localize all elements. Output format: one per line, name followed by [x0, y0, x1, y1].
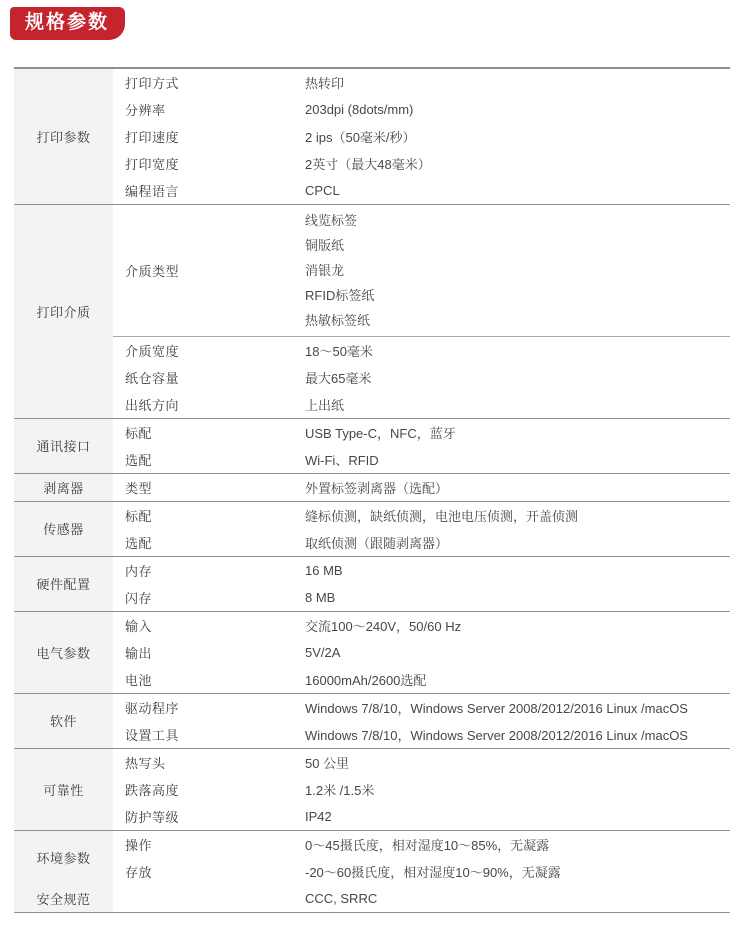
param-label: 介质宽度: [113, 341, 305, 360]
spec-section: 硬件配置内存16 MB闪存8 MB: [14, 556, 730, 611]
param-value-line: 线览标签: [305, 208, 730, 233]
param-label: 介质类型: [113, 261, 305, 280]
spec-section: 打印参数打印方式热转印分辨率203dpi (8dots/mm)打印速度2 ips…: [14, 68, 730, 204]
param-label: 驱动程序: [113, 698, 305, 717]
category-label: 通讯接口: [14, 419, 113, 473]
param-value: 交流100～240V，50/60 Hz: [305, 616, 730, 635]
spec-row: 标配缝标侦测，缺纸侦测，电池电压侦测，开盖侦测: [113, 502, 730, 529]
spec-row: 防护等级IP42: [113, 803, 730, 830]
param-value: 外置标签剥离器（选配）: [305, 478, 730, 497]
category-label: 软件: [14, 694, 113, 748]
spec-row: 电池16000mAh/2600选配: [113, 666, 730, 693]
spec-row: 类型外置标签剥离器（选配）: [113, 474, 730, 501]
param-label: 打印速度: [113, 127, 305, 146]
param-label: 纸仓容量: [113, 368, 305, 387]
param-value-line: 铜版纸: [305, 233, 730, 258]
param-value: 取纸侦测（跟随剥离器）: [305, 533, 730, 552]
param-value: 热转印: [305, 73, 730, 92]
category-label: 传感器: [14, 502, 113, 556]
param-label: 打印宽度: [113, 154, 305, 173]
spec-section: 电气参数输入交流100～240V，50/60 Hz输出5V/2A电池16000m…: [14, 611, 730, 693]
param-value: 缝标侦测，缺纸侦测，电池电压侦测，开盖侦测: [305, 506, 730, 525]
section-rows: 输入交流100～240V，50/60 Hz输出5V/2A电池16000mAh/2…: [113, 612, 730, 693]
section-rows: 内存16 MB闪存8 MB: [113, 557, 730, 611]
param-label: 操作: [113, 835, 305, 854]
spec-row: 打印宽度2英寸（最大48毫米）: [113, 150, 730, 177]
param-value: 5V/2A: [305, 645, 730, 660]
param-value-line: RFID标签纸: [305, 283, 730, 308]
param-value: 50 公里: [305, 753, 730, 772]
spec-table: 打印参数打印方式热转印分辨率203dpi (8dots/mm)打印速度2 ips…: [14, 67, 730, 913]
param-value: 线览标签铜版纸消银龙RFID标签纸热敏标签纸: [305, 205, 730, 336]
spec-row: 出纸方向上出纸: [113, 391, 730, 418]
param-value: Windows 7/8/10，Windows Server 2008/2012/…: [305, 725, 730, 744]
param-value: -20～60摄氏度，相对湿度10～90%，无凝露: [305, 862, 730, 881]
section-rows: 介质类型线览标签铜版纸消银龙RFID标签纸热敏标签纸介质宽度18～50毫米纸仓容…: [113, 205, 730, 418]
param-label: 打印方式: [113, 73, 305, 92]
param-value: 16 MB: [305, 563, 730, 578]
category-label: 安全规范: [14, 885, 113, 912]
spec-row: 选配Wi-Fi、RFID: [113, 446, 730, 473]
spec-row: 分辨率203dpi (8dots/mm): [113, 96, 730, 123]
param-label: 跌落高度: [113, 780, 305, 799]
param-label: 存放: [113, 862, 305, 881]
spec-section: 可靠性热写头50 公里跌落高度1.2米 /1.5米防护等级IP42: [14, 748, 730, 830]
param-value: 1.2米 /1.5米: [305, 780, 730, 799]
spec-row: 闪存8 MB: [113, 584, 730, 611]
spec-row: 设置工具Windows 7/8/10，Windows Server 2008/2…: [113, 721, 730, 748]
spec-row: 编程语言CPCL: [113, 177, 730, 204]
section-rows: 热写头50 公里跌落高度1.2米 /1.5米防护等级IP42: [113, 749, 730, 830]
param-label: 热写头: [113, 753, 305, 772]
param-value: 2 ips（50毫米/秒）: [305, 127, 730, 146]
category-label: 可靠性: [14, 749, 113, 830]
section-rows: CCC, SRRC: [113, 885, 730, 912]
section-rows: 类型外置标签剥离器（选配）: [113, 474, 730, 501]
spec-row: 存放-20～60摄氏度，相对湿度10～90%，无凝露: [113, 858, 730, 885]
param-label: 防护等级: [113, 807, 305, 826]
param-label: 电池: [113, 670, 305, 689]
param-label: 类型: [113, 478, 305, 497]
param-value: Wi-Fi、RFID: [305, 450, 730, 469]
param-label: 出纸方向: [113, 395, 305, 414]
spec-row: 操作0～45摄氏度，相对湿度10～85%，无凝露: [113, 831, 730, 858]
param-label: 标配: [113, 506, 305, 525]
param-value: 上出纸: [305, 395, 730, 414]
category-label: 剥离器: [14, 474, 113, 501]
spec-row: 输入交流100～240V，50/60 Hz: [113, 612, 730, 639]
spec-section: 通讯接口标配USB Type-C，NFC，蓝牙选配Wi-Fi、RFID: [14, 418, 730, 473]
spec-section: 剥离器类型外置标签剥离器（选配）: [14, 473, 730, 501]
param-label: 选配: [113, 533, 305, 552]
spec-row: 纸仓容量最大65毫米: [113, 364, 730, 391]
section-rows: 打印方式热转印分辨率203dpi (8dots/mm)打印速度2 ips（50毫…: [113, 69, 730, 204]
spec-section: 传感器标配缝标侦测，缺纸侦测，电池电压侦测，开盖侦测选配取纸侦测（跟随剥离器）: [14, 501, 730, 556]
spec-row: 跌落高度1.2米 /1.5米: [113, 776, 730, 803]
spec-row: 选配取纸侦测（跟随剥离器）: [113, 529, 730, 556]
param-value: 0～45摄氏度，相对湿度10～85%，无凝露: [305, 835, 730, 854]
param-label: 闪存: [113, 588, 305, 607]
param-label: 内存: [113, 561, 305, 580]
spec-section: 环境参数操作0～45摄氏度，相对湿度10～85%，无凝露存放-20～60摄氏度，…: [14, 830, 730, 885]
spec-row: 内存16 MB: [113, 557, 730, 584]
spec-row: 输出5V/2A: [113, 639, 730, 666]
spec-section: 安全规范CCC, SRRC: [14, 885, 730, 912]
spec-row: 介质宽度18～50毫米: [113, 337, 730, 364]
param-value: 最大65毫米: [305, 368, 730, 387]
section-rows: 操作0～45摄氏度，相对湿度10～85%，无凝露存放-20～60摄氏度，相对湿度…: [113, 831, 730, 885]
category-label: 硬件配置: [14, 557, 113, 611]
param-value: IP42: [305, 809, 730, 824]
section-rows: 驱动程序Windows 7/8/10，Windows Server 2008/2…: [113, 694, 730, 748]
param-value: 203dpi (8dots/mm): [305, 102, 730, 117]
param-value: 16000mAh/2600选配: [305, 670, 730, 689]
spec-row: 介质类型线览标签铜版纸消银龙RFID标签纸热敏标签纸: [113, 205, 730, 337]
category-label: 环境参数: [14, 831, 113, 885]
param-value: CCC, SRRC: [305, 891, 730, 906]
spec-page: 规格参数 打印参数打印方式热转印分辨率203dpi (8dots/mm)打印速度…: [0, 0, 744, 940]
spec-section: 打印介质介质类型线览标签铜版纸消银龙RFID标签纸热敏标签纸介质宽度18～50毫…: [14, 204, 730, 418]
param-label: 标配: [113, 423, 305, 442]
param-value: Windows 7/8/10，Windows Server 2008/2012/…: [305, 698, 730, 717]
param-value-line: 消银龙: [305, 258, 730, 283]
category-label: 打印介质: [14, 205, 113, 418]
param-value: USB Type-C，NFC，蓝牙: [305, 423, 730, 442]
page-title-badge: 规格参数: [10, 7, 125, 40]
param-value: 2英寸（最大48毫米）: [305, 154, 730, 173]
spec-section: 软件驱动程序Windows 7/8/10，Windows Server 2008…: [14, 693, 730, 748]
spec-row: 驱动程序Windows 7/8/10，Windows Server 2008/2…: [113, 694, 730, 721]
spec-row: 打印速度2 ips（50毫米/秒）: [113, 123, 730, 150]
spec-row: 热写头50 公里: [113, 749, 730, 776]
spec-row: CCC, SRRC: [113, 885, 730, 912]
param-value-line: 热敏标签纸: [305, 308, 730, 333]
section-rows: 标配USB Type-C，NFC，蓝牙选配Wi-Fi、RFID: [113, 419, 730, 473]
param-label: 选配: [113, 450, 305, 469]
param-label: 输入: [113, 616, 305, 635]
param-label: 输出: [113, 643, 305, 662]
param-label: 设置工具: [113, 725, 305, 744]
param-value: CPCL: [305, 183, 730, 198]
param-value: 18～50毫米: [305, 341, 730, 360]
param-label: 编程语言: [113, 181, 305, 200]
param-value: 8 MB: [305, 590, 730, 605]
category-label: 打印参数: [14, 69, 113, 204]
param-label: 分辨率: [113, 100, 305, 119]
category-label: 电气参数: [14, 612, 113, 693]
spec-row: 标配USB Type-C，NFC，蓝牙: [113, 419, 730, 446]
spec-row: 打印方式热转印: [113, 69, 730, 96]
section-rows: 标配缝标侦测，缺纸侦测，电池电压侦测，开盖侦测选配取纸侦测（跟随剥离器）: [113, 502, 730, 556]
